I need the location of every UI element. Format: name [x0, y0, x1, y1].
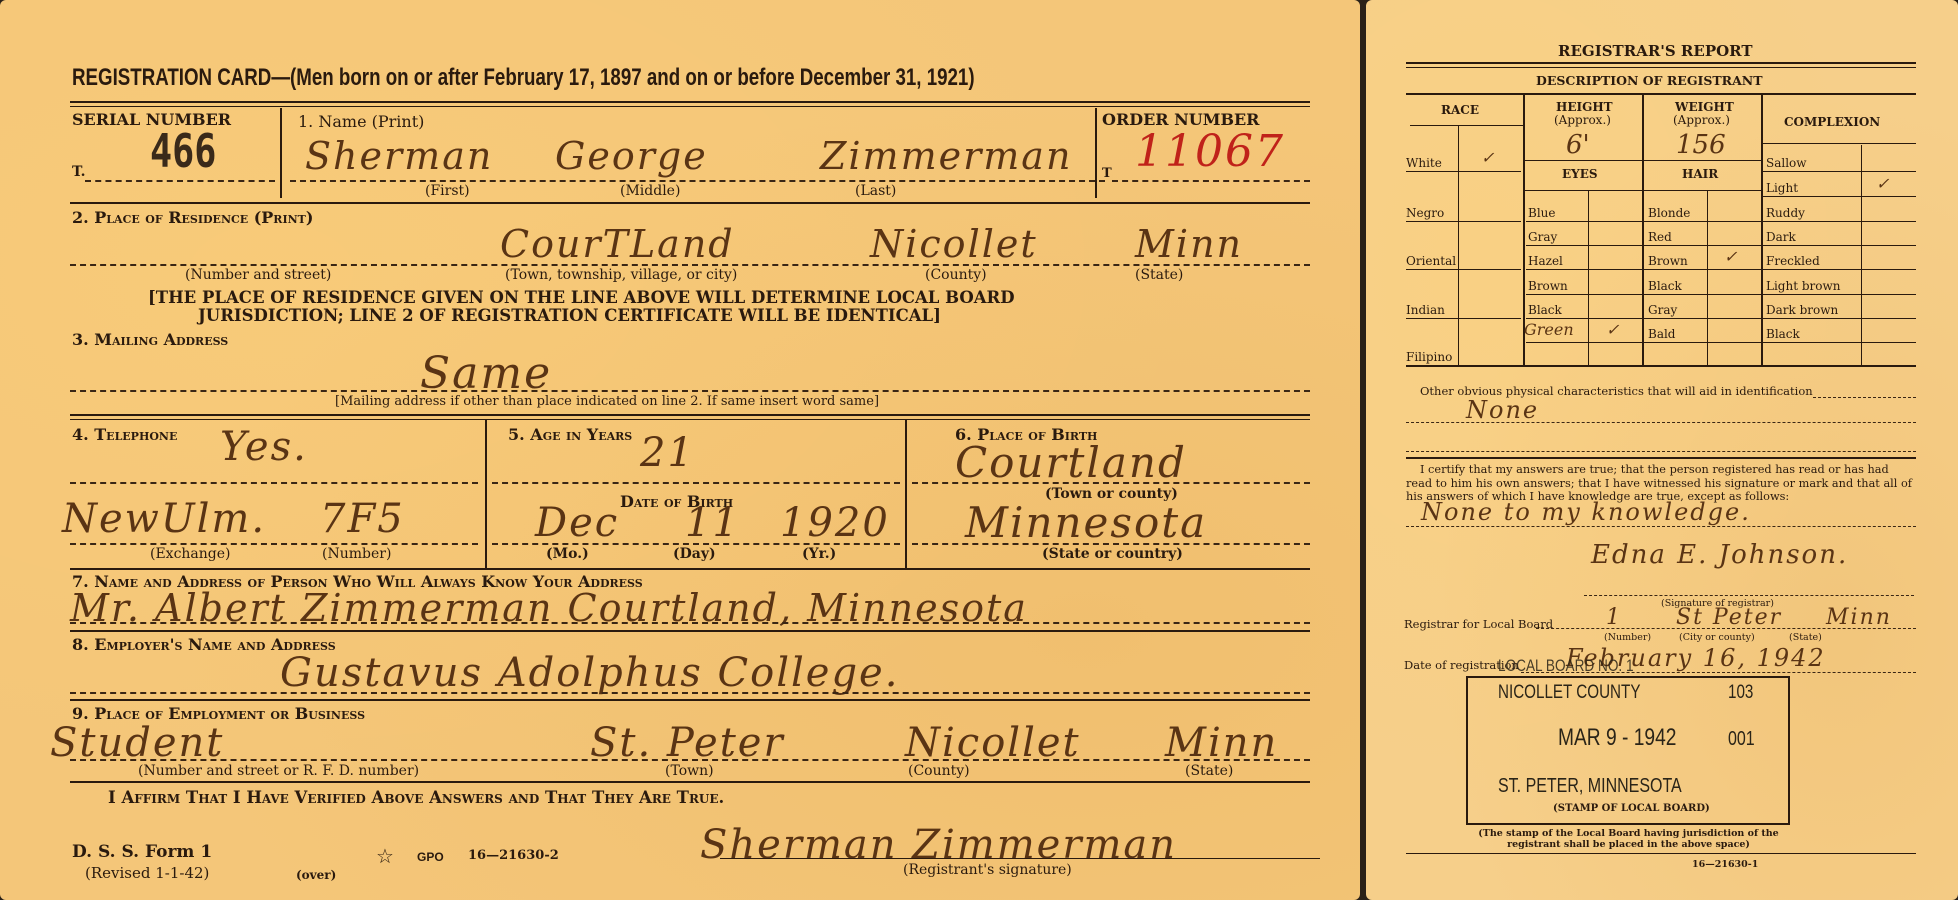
height-header: HEIGHT — [1556, 100, 1613, 114]
telephone-number-value: 7F5 — [320, 496, 405, 542]
stamp-date: MAR 9 - 1942 — [1558, 724, 1676, 752]
name-label: 1. Name (Print) — [298, 112, 424, 131]
local-board-number-caption: (Number) — [1604, 632, 1651, 643]
eyes-green-check: ✓ — [1606, 320, 1621, 339]
race-negro: Negro — [1406, 206, 1444, 220]
employment-town-caption: (Town) — [665, 763, 714, 779]
star-icon: ☆ — [376, 844, 394, 868]
number-caption: (Number) — [322, 546, 391, 562]
hair-gray: Gray — [1648, 303, 1677, 317]
residence-town-caption: (Town, township, village, or city) — [505, 267, 737, 283]
hair-blonde: Blonde — [1648, 206, 1690, 220]
form-revised: (Revised 1-1-42) — [85, 864, 209, 882]
description-header: DESCRIPTION OF REGISTRANT — [1536, 73, 1763, 88]
first-caption: (First) — [425, 183, 470, 199]
stamp-code1: 103 — [1728, 682, 1753, 704]
local-board-city: St Peter — [1676, 605, 1782, 630]
hair-header: HAIR — [1682, 167, 1718, 181]
race-filipino: Filipino — [1406, 350, 1452, 364]
hair-brown: Brown — [1648, 254, 1688, 268]
employment-county-caption: (County) — [908, 763, 970, 779]
complexion-light: Light — [1766, 181, 1798, 195]
exchange-caption: (Exchange) — [150, 546, 231, 562]
residence-street-caption: (Number and street) — [185, 267, 331, 283]
last-caption: (Last) — [855, 183, 896, 199]
signature-caption: (Registrant's signature) — [903, 862, 1072, 878]
registrars-report-back: REGISTRAR'S REPORT DESCRIPTION OF REGIST… — [1366, 0, 1958, 900]
card-title: REGISTRATION CARD—(Men born on or after … — [72, 64, 975, 92]
local-board-label: Registrar for Local Board — [1404, 617, 1553, 631]
complexion-header: COMPLEXION — [1784, 115, 1880, 129]
registrar-signature: Edna E. Johnson. — [1591, 540, 1848, 570]
middle-caption: (Middle) — [620, 183, 680, 199]
birth-year-value: 1920 — [780, 500, 890, 546]
month-caption: (Mo.) — [546, 546, 589, 562]
telephone-value: Yes. — [220, 424, 308, 470]
residence-state-value: Minn — [1135, 222, 1243, 266]
serial-prefix: T. — [72, 164, 86, 180]
complexion-ruddy: Ruddy — [1766, 206, 1805, 220]
weight-header: WEIGHT — [1675, 100, 1734, 114]
gpo-number: 16—21630-2 — [468, 848, 559, 863]
year-caption: (Yr.) — [802, 546, 836, 562]
telephone-label: 4. Telephone — [72, 425, 177, 444]
eyes-blue: Blue — [1528, 206, 1556, 220]
back-form-number: 16—21630-1 — [1692, 859, 1758, 870]
last-name-value: Zimmerman — [820, 134, 1072, 178]
over-note: (over) — [296, 868, 336, 882]
eyes-hazel: Hazel — [1528, 254, 1563, 268]
birthplace-town-value: Courtland — [955, 438, 1187, 487]
eyes-gray: Gray — [1528, 230, 1557, 244]
residence-county-value: Nicollet — [870, 222, 1038, 266]
eyes-green: Green — [1524, 320, 1574, 339]
stamp-caption: (STAMP OF LOCAL BOARD) — [1553, 803, 1710, 814]
employment-street-caption: (Number and street or R. F. D. number) — [138, 763, 419, 779]
complexion-sallow: Sallow — [1766, 156, 1807, 170]
registrars-report-title: REGISTRAR'S REPORT — [1558, 42, 1753, 60]
hair-brown-check: ✓ — [1724, 247, 1739, 266]
stamp-code2: 001 — [1728, 728, 1755, 751]
middle-name-value: George — [555, 134, 708, 178]
stamp-note: (The stamp of the Local Board having jur… — [1466, 828, 1791, 850]
local-board-state: Minn — [1826, 605, 1892, 630]
stamp-local-board: LOCAL BOARD NO. 1 — [1498, 656, 1634, 676]
hair-red: Red — [1648, 230, 1672, 244]
race-header: RACE — [1441, 103, 1479, 117]
exceptions-value: None to my knowledge. — [1421, 498, 1751, 526]
local-board-state-caption: (State) — [1789, 632, 1822, 643]
registration-card-front: REGISTRATION CARD—(Men born on or after … — [0, 0, 1360, 900]
stamp-city: ST. PETER, MINNESOTA — [1498, 775, 1682, 798]
complexion-dark: Dark — [1766, 230, 1796, 244]
complexion-black: Black — [1766, 327, 1800, 341]
mailing-address-caption: [Mailing address if other than place ind… — [335, 394, 879, 409]
other-characteristics-value: None — [1466, 396, 1539, 424]
complexion-light-check: ✓ — [1876, 174, 1891, 193]
birth-day-value: 11 — [685, 500, 740, 546]
day-caption: (Day) — [673, 546, 716, 562]
race-oriental: Oriental — [1406, 254, 1456, 268]
mailing-address-label: 3. Mailing Address — [72, 330, 228, 349]
hair-black: Black — [1648, 279, 1682, 293]
residence-notice-line2: JURISDICTION; LINE 2 OF REGISTRATION CER… — [198, 306, 941, 325]
order-number-value: 11067 — [1135, 126, 1285, 177]
birth-month-value: Dec — [535, 500, 619, 546]
race-white: White — [1406, 156, 1442, 170]
hair-bald: Bald — [1648, 327, 1676, 341]
age-value: 21 — [640, 430, 695, 476]
birthplace-state-value: Minnesota — [965, 498, 1207, 547]
complexion-light-brown: Light brown — [1766, 279, 1841, 293]
weight-approx: (Approx.) — [1673, 113, 1730, 127]
age-label: 5. Age in Years — [508, 425, 632, 444]
employment-state-caption: (State) — [1185, 763, 1233, 779]
residence-county-caption: (County) — [925, 267, 987, 283]
eyes-black: Black — [1528, 303, 1562, 317]
residence-state-caption: (State) — [1135, 267, 1183, 283]
complexion-freckled: Freckled — [1766, 254, 1820, 268]
eyes-header: EYES — [1562, 167, 1598, 181]
residence-notice-line1: [THE PLACE OF RESIDENCE GIVEN ON THE LIN… — [148, 288, 1015, 307]
first-name-value: Sherman — [305, 134, 493, 178]
residence-town-value: CourTLand — [500, 222, 735, 266]
stamp-county: NICOLLET COUNTY — [1498, 682, 1640, 704]
residence-label: 2. Place of Residence (Print) — [72, 208, 313, 227]
local-board-city-caption: (City or county) — [1679, 632, 1755, 643]
race-white-check: ✓ — [1481, 148, 1496, 167]
complexion-dark-brown: Dark brown — [1766, 303, 1838, 317]
birthplace-state-caption: (State or country) — [1042, 546, 1183, 562]
affirmation-text: I Affirm That I Have Verified Above Answ… — [108, 788, 724, 807]
weight-value: 156 — [1676, 130, 1726, 160]
telephone-exchange-value: NewUlm. — [62, 496, 266, 542]
race-indian: Indian — [1406, 303, 1445, 317]
form-id: D. S. S. Form 1 — [72, 842, 212, 862]
employer-value: Gustavus Adolphus College. — [280, 650, 899, 696]
serial-number-value: 466 — [150, 124, 216, 178]
order-prefix: T — [1102, 166, 1112, 181]
height-approx: (Approx.) — [1554, 113, 1611, 127]
gpo-label: GPO — [417, 850, 444, 864]
height-value: 6' — [1566, 130, 1590, 160]
local-board-number: 1 — [1606, 605, 1622, 630]
eyes-brown: Brown — [1528, 279, 1568, 293]
